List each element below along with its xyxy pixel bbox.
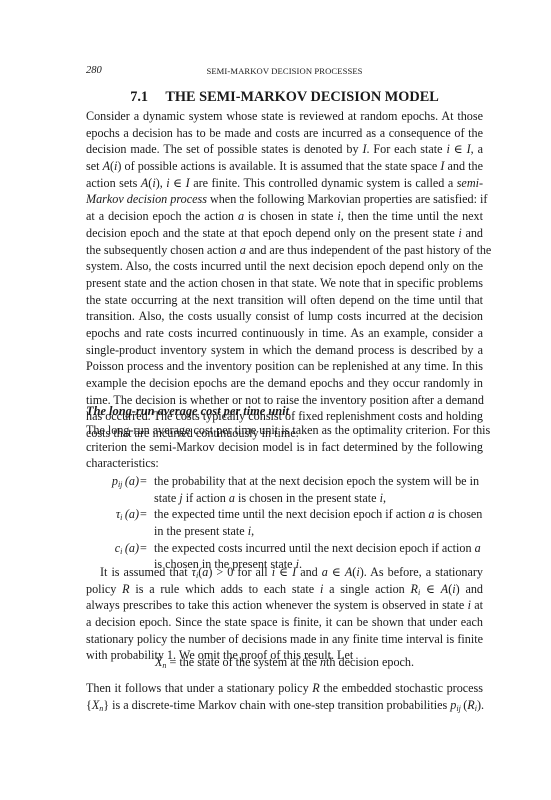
display-equation: Xn = the state of the system at the nth … [86, 655, 483, 670]
definition-item: pij (a) = the probability that at the ne… [86, 473, 483, 506]
text-line: Poisson process and the inventory positi… [86, 358, 483, 375]
text-line: the probability that at the next decisio… [154, 473, 484, 490]
definition-text: the expected time until the next decisio… [154, 506, 484, 539]
paragraph-criterion: The long-run average cost per time unit … [86, 422, 483, 472]
text-line: decision epoch and the state at that epo… [86, 225, 483, 242]
text-line: at a decision epoch the action a is chos… [86, 208, 483, 225]
text-line: the expected costs incurred until the ne… [154, 540, 484, 557]
text-line: decision made. The set of possible state… [86, 141, 483, 158]
text-line: the state occurring at the next transiti… [86, 292, 483, 309]
section-title: THE SEMI-MARKOV DECISION MODEL [165, 89, 438, 105]
equals-sign: = [140, 540, 147, 557]
text-line: action sets A(i), i ∈ I are finite. This… [86, 175, 483, 192]
definition-symbol: pij (a) [112, 473, 139, 490]
paragraph-embedded-chain: Then it follows that under a stationary … [86, 680, 483, 713]
text-line: always prescribes to take this action wh… [86, 597, 483, 614]
equals-sign: = [140, 506, 147, 523]
text-line: Markov decision process when the followi… [86, 191, 483, 208]
paragraph-stationary-policy: It is assumed that τi(a) > 0 for all i ∈… [86, 564, 483, 664]
text-line: example the decision epochs are the dema… [86, 375, 483, 392]
text-line: set A(i) of possible actions is availabl… [86, 158, 483, 175]
text-line: The long-run average cost per time unit … [86, 422, 483, 439]
book-page: 280 SEMI-MARKOV DECISION PROCESSES 7.1 T… [0, 0, 551, 800]
text-line: policy R is a rule which adds to each st… [86, 581, 483, 598]
text-line: the subsequently chosen action a and are… [86, 242, 483, 259]
text-line: epochs and rate costs incurred continuou… [86, 325, 483, 342]
definition-list: pij (a) = the probability that at the ne… [86, 473, 483, 573]
text-line: a decision epoch. Since the state space … [86, 614, 483, 631]
definition-symbol: τi (a) [116, 506, 139, 523]
text-line: It is assumed that τi(a) > 0 for all i ∈… [86, 564, 483, 581]
definition-item: τi (a) = the expected time until the nex… [86, 506, 483, 539]
definition-symbol: ci (a) [115, 540, 139, 557]
text-line: in the present state i, [154, 523, 484, 540]
text-line: the expected time until the next decisio… [154, 506, 484, 523]
subsection-heading: The long-run average cost per time unit [86, 404, 289, 419]
text-line: characteristics: [86, 455, 483, 472]
text-line: system. Also, the costs incurred until t… [86, 258, 483, 275]
equation-equals: = [169, 655, 176, 669]
text-line: {Xn} is a discrete-time Markov chain wit… [86, 697, 483, 714]
section-number: 7.1 [130, 89, 148, 105]
chapter-title: SEMI-MARKOV DECISION PROCESSES [86, 66, 483, 76]
text-line: state j if action a is chosen in the pre… [154, 490, 484, 507]
section-heading: 7.1 THE SEMI-MARKOV DECISION MODEL [86, 89, 483, 106]
equation-rhs: the state of the system at the nth decis… [179, 655, 414, 669]
text-line: Consider a dynamic system whose state is… [86, 108, 483, 125]
text-line: stationary policy the number of decision… [86, 631, 483, 648]
running-head: 280 SEMI-MARKOV DECISION PROCESSES [86, 65, 483, 81]
text-line: present state and the action chosen in t… [86, 275, 483, 292]
equation-lhs: Xn [155, 655, 166, 669]
text-line: criterion the semi-Markov decision model… [86, 439, 483, 456]
paragraph-intro: Consider a dynamic system whose state is… [86, 108, 483, 442]
text-line: epochs a decision has to be made and cos… [86, 125, 483, 142]
text-line: transition. Also, the costs usually cons… [86, 308, 483, 325]
definition-text: the probability that at the next decisio… [154, 473, 484, 506]
text-line: single-product inventory system in which… [86, 342, 483, 359]
text-line: Then it follows that under a stationary … [86, 680, 483, 697]
equals-sign: = [140, 473, 147, 490]
